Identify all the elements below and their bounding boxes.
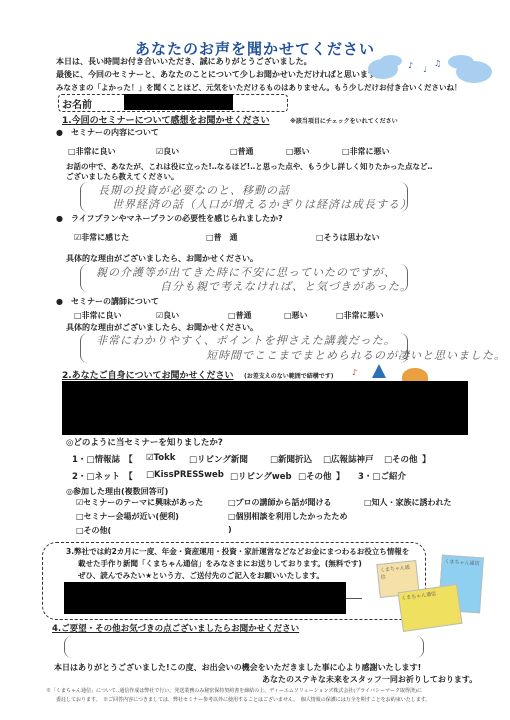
content-prompt-2: ございましたら教えてください。 <box>66 171 179 182</box>
row2-bracket-close: 】 <box>336 470 345 482</box>
newsletter-sample-yellow: くまちゃん通信 <box>398 584 463 632</box>
lifeplan-option-strongly[interactable]: ☑非常に感じた <box>74 232 129 243</box>
option-magazine-other[interactable]: □その他 <box>384 453 418 465</box>
lifeplan-option-normal[interactable]: □普 通 <box>206 232 238 243</box>
hippo-left-head-icon <box>380 55 402 67</box>
closing-line-2: あなたのステキな未来をスタッフ一同お祈りしております。 <box>262 674 477 685</box>
magazine-checkbox[interactable]: 1・□情報誌 【 <box>72 453 133 465</box>
section1-heading: 1.今回のセミナーについて感想をお聞かせください <box>62 113 270 126</box>
option-kisspress-web[interactable]: □KissPRESSweb <box>146 470 224 480</box>
option-newspaper-insert[interactable]: □新聞折込 <box>270 453 312 465</box>
redacted-personal-info <box>62 381 468 435</box>
option-internet-other[interactable]: □その他 <box>298 470 332 482</box>
section4-heading: 4.ご要望・その他お気づきの点ございましたらお聞かせください <box>52 622 299 634</box>
option-kobe-magazine[interactable]: □広報誌神戸 <box>323 453 374 465</box>
option-tokk[interactable]: ☑Tokk <box>146 453 175 463</box>
music-note-icon: ♪ <box>352 368 357 377</box>
content-label: セミナーの内容について <box>56 127 159 138</box>
section2-note: (お差支えのない範囲で結構です) <box>244 371 334 380</box>
reason-invited[interactable]: □知人・家族に誘われた <box>364 497 452 508</box>
closing-line-1: 本日はありがとうございました!この度、お出会いの機会をいただきました事に心より感… <box>54 662 421 673</box>
option-living-newspaper[interactable]: □リビング新聞 <box>189 453 248 465</box>
reason-other-close: ) <box>228 525 232 534</box>
lecturer-option-very-bad[interactable]: □非常に悪い <box>336 310 384 321</box>
intro-line-2: 最後に、今回のセミナーと、あなたのことについて少しお聞かせいただければと思います… <box>56 69 383 80</box>
how-known-label: ◎どのように当セミナーを知りましたか? <box>66 436 223 448</box>
reason-venue-close[interactable]: □セミナー会場が近い(便利) <box>76 511 179 522</box>
section1-note: ※該当項目にチェックをいれてください <box>290 116 398 125</box>
fine-print-2: 委託しております。 ※ご回答内容につきましては、弊社セミナー参考以外に使用するこ… <box>56 696 430 703</box>
lecturer-rating-group: □非常に良い ☑良い □普通 □悪い □非常に悪い <box>74 310 414 322</box>
content-answer-2: 世界経済の話（人口が増えるかぎりは経済は成長する） <box>112 196 412 212</box>
internet-checkbox[interactable]: 2・□ネット 【 <box>72 470 133 482</box>
comments-box[interactable] <box>64 636 424 658</box>
content-option-very-good[interactable]: □非常に良い <box>68 146 116 157</box>
reason-theme-interest[interactable]: ☑セミナーのテーマに興味があった <box>76 497 203 508</box>
music-note-icon: ♫ <box>434 59 441 68</box>
option-living-web[interactable]: □リビングweb <box>230 470 292 482</box>
lecturer-option-normal[interactable]: □普通 <box>228 310 252 321</box>
lifeplan-answer-2: 自分も親で考えなければ、と気づきがあった。 <box>160 278 412 294</box>
content-option-good[interactable]: ☑良い <box>156 146 179 157</box>
name-label: お名前 <box>62 96 92 111</box>
reason-options: ☑セミナーのテーマに興味があった □プロの講師から話が聞ける □知人・家族に誘わ… <box>76 497 476 537</box>
address-line <box>346 598 362 599</box>
lecturer-option-very-good[interactable]: □非常に良い <box>74 310 122 321</box>
intro-line-1: 本日は、長い時間お付き合いいただき、誠にありがとうございました。 <box>56 56 312 67</box>
newsletter-line-2: 載せた手作り新聞「くまちゃん通信」をみなさまにお送りしております。(無料です) <box>78 558 362 569</box>
reason-consultation[interactable]: □個別相談を利用したかったため <box>228 511 348 522</box>
option-referral[interactable]: 3・□ご紹介 <box>358 470 406 482</box>
fine-print-1: ※「くまちゃん通信」について‥通信作成は弊社で行い、発送業務のみ秘密保持契約書を… <box>46 687 422 694</box>
newsletter-line-3: ぜひ、読んでみたい★という方、ご送付先のご記入をお願いいたします。 <box>78 570 324 581</box>
content-option-bad[interactable]: □悪い <box>286 146 310 157</box>
lecturer-answer-2: 短時間でここまでまとめられるのが凄いと思いました。 <box>206 347 506 363</box>
newsletter-line-1: 3.弊社では約2カ月に一度、年金・資産運用・投資・家計運営などなどお金にまつわる… <box>66 546 409 557</box>
lecturer-option-bad[interactable]: □悪い <box>284 310 308 321</box>
lecturer-option-good[interactable]: ☑良い <box>156 310 179 321</box>
music-note-icon: ♪ <box>408 61 413 70</box>
how-known-row-2: 2・□ネット 【 □KissPRESSweb □リビングweb □その他 】 3… <box>72 470 472 482</box>
content-rating-group: □非常に良い ☑良い □普通 □悪い □非常に悪い <box>68 146 408 158</box>
reason-label: ◎参加した理由(複数回答可) <box>66 486 168 497</box>
hippo-right-head-icon <box>448 55 474 69</box>
hippo-illustration: ♪ ♩ ♫ <box>368 53 498 85</box>
lecturer-answer-1: 非常にわかりやすく、ポイントを押さえた講義だった。 <box>96 332 396 348</box>
party-hat-icon <box>372 364 386 378</box>
content-option-normal[interactable]: □普通 <box>230 146 254 157</box>
redacted-name <box>124 94 233 110</box>
reason-other[interactable]: □その他( <box>76 525 111 536</box>
lifeplan-prompt: 具体的な理由がございましたら、お聞かせください。 <box>66 253 258 264</box>
section2-heading: 2.あなたご自身についてお聞かせください <box>62 368 234 381</box>
lecturer-label: セミナーの講師について <box>56 296 159 307</box>
row1-bracket-close: 】 <box>422 453 431 465</box>
lifeplan-label: ライフプランやマネープランの必要性を感じられましたか? <box>56 213 283 224</box>
reason-pro-lecturer[interactable]: □プロの講師から話が聞ける <box>228 497 332 508</box>
lifeplan-rating-group: ☑非常に感じた □普 通 □そうは思わない <box>74 232 404 244</box>
lifeplan-option-no[interactable]: □そうは思わない <box>316 232 380 243</box>
content-option-very-bad[interactable]: □非常に悪い <box>342 146 390 157</box>
redacted-address <box>64 582 346 614</box>
how-known-row-1: 1・□情報誌 【 ☑Tokk □リビング新聞 □新聞折込 □広報誌神戸 □その他… <box>72 453 472 465</box>
music-note-icon: ♩ <box>423 65 427 74</box>
